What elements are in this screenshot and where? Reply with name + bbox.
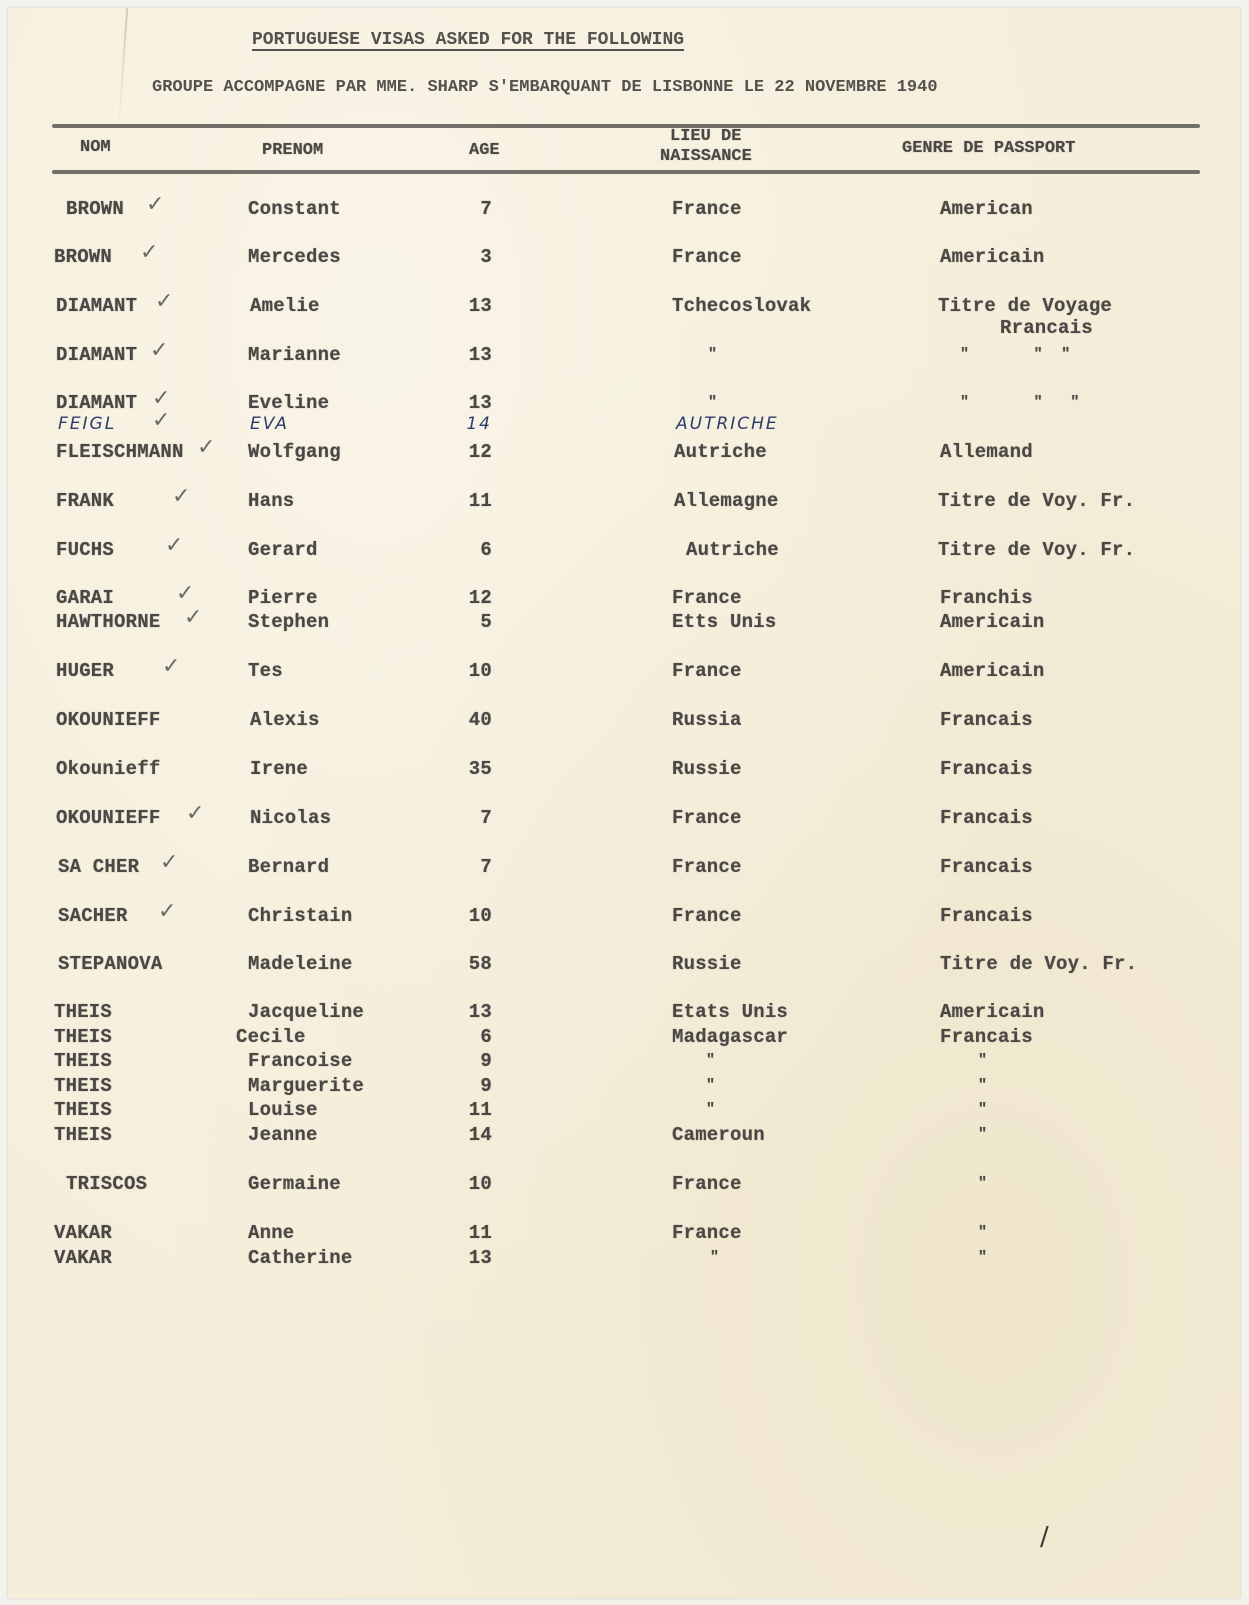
row-first-name: Christain bbox=[248, 905, 352, 927]
row-first-name: Marianne bbox=[248, 344, 341, 366]
row-age: 13 bbox=[469, 392, 492, 414]
row-first-name: Cecile bbox=[236, 1026, 306, 1048]
row-birthplace: Etts Unis bbox=[672, 611, 776, 633]
row-age: 3 bbox=[480, 246, 492, 268]
row-surname: BROWN bbox=[66, 198, 124, 220]
row-birthplace: France bbox=[672, 1173, 742, 1195]
row-first-name: EVA bbox=[250, 414, 289, 434]
row-birthplace: Allemagne bbox=[674, 490, 778, 512]
row-passport-type: Francais bbox=[940, 807, 1033, 829]
row-age: 14 bbox=[466, 414, 492, 434]
checkmark-icon: ✓ bbox=[162, 656, 180, 678]
row-age: 11 bbox=[469, 1099, 492, 1121]
row-age: 12 bbox=[469, 587, 492, 609]
checkmark-icon: ✓ bbox=[172, 486, 190, 508]
row-birthplace: Russie bbox=[672, 953, 742, 975]
row-first-name: Amelie bbox=[250, 295, 320, 317]
row-first-name: Eveline bbox=[248, 392, 329, 414]
row-passport-type: Francais bbox=[940, 905, 1033, 927]
row-passport-type: Francais bbox=[940, 856, 1033, 878]
row-birthplace: Autriche bbox=[686, 539, 779, 561]
row-birthplace: Russie bbox=[672, 758, 742, 780]
row-surname: THEIS bbox=[54, 1124, 112, 1146]
row-surname: THEIS bbox=[54, 1099, 112, 1121]
row-surname: SA CHER bbox=[58, 856, 139, 878]
row-passport-type: Francais bbox=[940, 709, 1033, 731]
row-age: 9 bbox=[480, 1075, 492, 1097]
row-passport-type: " bbox=[978, 1050, 987, 1072]
row-passport-type: Titre de Voy. Fr. bbox=[938, 490, 1135, 512]
row-first-name: Francoise bbox=[248, 1050, 352, 1072]
row-surname: FUCHS bbox=[56, 539, 114, 561]
row-first-name: Jeanne bbox=[248, 1124, 318, 1146]
row-first-name: Jacqueline bbox=[248, 1001, 364, 1023]
row-age: 10 bbox=[469, 905, 492, 927]
row-age: 35 bbox=[469, 758, 492, 780]
checkmark-icon: ✓ bbox=[165, 535, 183, 557]
row-birthplace: France bbox=[672, 807, 742, 829]
row-first-name: Bernard bbox=[248, 856, 329, 878]
row-passport-type: " bbox=[978, 1222, 987, 1244]
row-passport-type: Francais bbox=[940, 1026, 1033, 1048]
checkmark-icon: ✓ bbox=[140, 242, 158, 264]
checkmark-icon: ✓ bbox=[184, 607, 202, 629]
row-surname: TRISCOS bbox=[66, 1173, 147, 1195]
row-birthplace: " bbox=[706, 1050, 715, 1072]
checkmark-icon: ✓ bbox=[176, 583, 194, 605]
row-surname: OKOUNIEFF bbox=[56, 709, 160, 731]
row-age: 14 bbox=[469, 1124, 492, 1146]
row-passport-type: Franchis bbox=[940, 587, 1033, 609]
checkmark-icon: ✓ bbox=[155, 291, 173, 313]
checkmark-icon: ✓ bbox=[150, 340, 168, 362]
row-passport-type: American bbox=[940, 198, 1033, 220]
row-surname: THEIS bbox=[54, 1001, 112, 1023]
row-first-name: Gerard bbox=[248, 539, 318, 561]
row-first-name: Alexis bbox=[250, 709, 320, 731]
row-age: 12 bbox=[469, 441, 492, 463]
row-surname: VAKAR bbox=[54, 1247, 112, 1269]
row-birthplace: " bbox=[708, 392, 717, 414]
row-age: 6 bbox=[480, 539, 492, 561]
row-surname: HUGER bbox=[56, 660, 114, 682]
row-age: 13 bbox=[469, 344, 492, 366]
row-surname: DIAMANT bbox=[56, 344, 137, 366]
row-first-name: Anne bbox=[248, 1222, 294, 1244]
row-birthplace: Madagascar bbox=[672, 1026, 788, 1048]
row-first-name: Tes bbox=[248, 660, 283, 682]
row-surname: Okounieff bbox=[56, 758, 160, 780]
row-first-name: Stephen bbox=[248, 611, 329, 633]
row-birthplace: Russia bbox=[672, 709, 742, 731]
column-header-lieu-line1: LIEU DE bbox=[670, 126, 741, 148]
header-rule-top bbox=[52, 124, 1200, 128]
row-passport-type: Titre de Voy. Fr. bbox=[940, 953, 1137, 975]
row-age: 9 bbox=[480, 1050, 492, 1072]
row-age: 13 bbox=[469, 1001, 492, 1023]
row-birthplace: " bbox=[706, 1099, 715, 1121]
row-first-name: Hans bbox=[248, 490, 294, 512]
document-title: PORTUGUESE VISAS ASKED FOR THE FOLLOWING bbox=[252, 30, 684, 50]
row-birthplace: Cameroun bbox=[672, 1124, 765, 1146]
row-birthplace: France bbox=[672, 856, 742, 878]
row-birthplace: " bbox=[706, 1075, 715, 1097]
checkmark-icon: ✓ bbox=[146, 194, 164, 216]
row-passport-type: " bbox=[978, 1173, 987, 1195]
column-header-genre: GENRE DE PASSPORT bbox=[902, 138, 1075, 160]
row-first-name: Louise bbox=[248, 1099, 318, 1121]
row-age: 7 bbox=[480, 856, 492, 878]
row-passport-type: Americain bbox=[940, 1001, 1044, 1023]
checkmark-icon: ✓ bbox=[152, 388, 170, 410]
row-passport-type: Francais bbox=[940, 758, 1033, 780]
row-birthplace: Etats Unis bbox=[672, 1001, 788, 1023]
row-surname: OKOUNIEFF bbox=[56, 807, 160, 829]
row-birthplace: Tchecoslovak bbox=[672, 295, 811, 317]
row-age: 13 bbox=[469, 1247, 492, 1269]
row-age: 40 bbox=[469, 709, 492, 731]
row-age: 10 bbox=[469, 1173, 492, 1195]
column-header-lieu-line2: NAISSANCE bbox=[660, 146, 752, 168]
row-passport-type: " bbox=[978, 1075, 987, 1097]
row-passport-type: Americain bbox=[940, 660, 1044, 682]
row-age: 6 bbox=[480, 1026, 492, 1048]
document-subtitle: GROUPE ACCOMPAGNE PAR MME. SHARP S'EMBAR… bbox=[152, 78, 938, 97]
row-surname: THEIS bbox=[54, 1026, 112, 1048]
row-passport-type: Americain bbox=[940, 246, 1044, 268]
row-surname: VAKAR bbox=[54, 1222, 112, 1244]
row-first-name: Irene bbox=[250, 758, 308, 780]
row-age: 7 bbox=[480, 198, 492, 220]
row-age: 58 bbox=[469, 953, 492, 975]
row-first-name: Nicolas bbox=[250, 807, 331, 829]
row-passport-type-cont: Rrancais bbox=[1000, 317, 1093, 339]
row-age: 11 bbox=[469, 490, 492, 512]
checkmark-icon: ✓ bbox=[186, 803, 204, 825]
row-age: 13 bbox=[469, 295, 492, 317]
row-surname: HAWTHORNE bbox=[56, 611, 160, 633]
row-first-name: Madeleine bbox=[248, 953, 352, 975]
row-birthplace: France bbox=[672, 905, 742, 927]
row-age: 5 bbox=[480, 611, 492, 633]
row-first-name: Constant bbox=[248, 198, 341, 220]
row-birthplace: " bbox=[710, 1247, 719, 1269]
row-passport-type: Titre de Voyage bbox=[938, 295, 1112, 317]
checkmark-icon: ✓ bbox=[158, 901, 176, 923]
pencil-mark: / bbox=[1040, 1522, 1049, 1552]
row-first-name: Pierre bbox=[248, 587, 318, 609]
row-age: 11 bbox=[469, 1222, 492, 1244]
row-surname: FRANK bbox=[56, 490, 114, 512]
header-rule-bottom bbox=[52, 170, 1200, 174]
row-passport-type: " " " bbox=[960, 344, 1070, 366]
row-surname: FEIGL bbox=[58, 414, 116, 434]
row-first-name: Catherine bbox=[248, 1247, 352, 1269]
row-surname: THEIS bbox=[54, 1075, 112, 1097]
row-birthplace: France bbox=[672, 246, 742, 268]
row-passport-type: Allemand bbox=[940, 441, 1033, 463]
row-age: 10 bbox=[469, 660, 492, 682]
row-first-name: Wolfgang bbox=[248, 441, 341, 463]
row-birthplace: " bbox=[708, 344, 717, 366]
column-header-nom: NOM bbox=[80, 137, 111, 159]
column-header-age: AGE bbox=[469, 140, 500, 162]
checkmark-icon: ✓ bbox=[197, 437, 215, 459]
checkmark-icon: ✓ bbox=[160, 852, 178, 874]
checkmark-icon: ✓ bbox=[152, 410, 170, 432]
row-birthplace: France bbox=[672, 587, 742, 609]
row-birthplace: France bbox=[672, 1222, 742, 1244]
row-first-name: Marguerite bbox=[248, 1075, 364, 1097]
row-surname: FLEISCHMANN bbox=[56, 441, 184, 463]
row-passport-type: " bbox=[978, 1247, 987, 1269]
row-passport-type: Americain bbox=[940, 611, 1044, 633]
column-header-prenom: PRENOM bbox=[262, 140, 323, 162]
row-passport-type: " " " bbox=[960, 392, 1080, 414]
row-surname: BROWN bbox=[54, 246, 112, 268]
row-first-name: Germaine bbox=[248, 1173, 341, 1195]
row-first-name: Mercedes bbox=[248, 246, 341, 268]
row-age: 7 bbox=[480, 807, 492, 829]
row-birthplace: Autriche bbox=[674, 441, 767, 463]
row-birthplace: France bbox=[672, 198, 742, 220]
row-birthplace: France bbox=[672, 660, 742, 682]
row-passport-type: " bbox=[978, 1099, 987, 1121]
row-passport-type: Titre de Voy. Fr. bbox=[938, 539, 1135, 561]
row-surname: STEPANOVA bbox=[58, 953, 162, 975]
row-surname: GARAI bbox=[56, 587, 114, 609]
row-surname: THEIS bbox=[54, 1050, 112, 1072]
row-surname: DIAMANT bbox=[56, 295, 137, 317]
row-passport-type: " bbox=[978, 1124, 987, 1146]
row-surname: SACHER bbox=[58, 905, 128, 927]
row-surname: DIAMANT bbox=[56, 392, 137, 414]
row-birthplace: AUTRICHE bbox=[676, 414, 779, 434]
